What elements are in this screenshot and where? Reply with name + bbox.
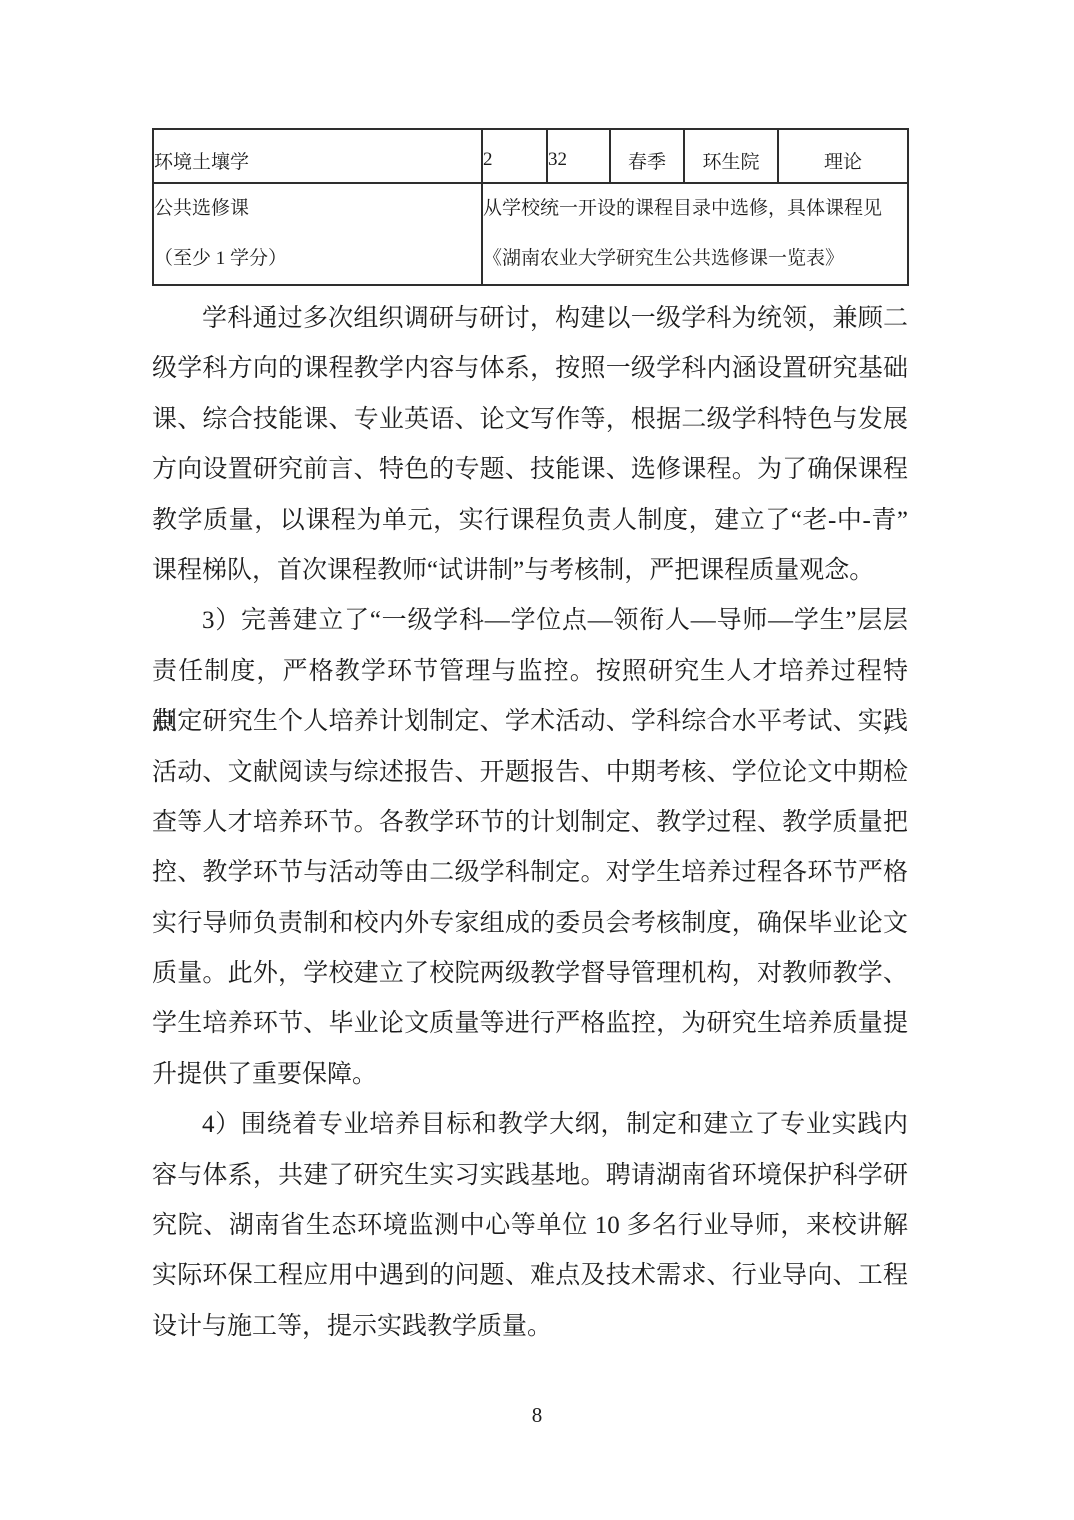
course-credits-cell: 2 bbox=[482, 129, 547, 183]
body-line: 级学科方向的课程教学内容与体系，按照一级学科内涵设置研究基础 bbox=[152, 344, 908, 394]
document-page: 环境土壤学 2 32 春季 环生院 理论 公共选修课 （至少 1 学分） 从学校… bbox=[0, 0, 1074, 1520]
table-row-elective: 公共选修课 （至少 1 学分） 从学校统一开设的课程目录中选修，具体课程见 《湖… bbox=[153, 183, 908, 285]
body-line: 制定研究生个人培养计划制定、学术活动、学科综合水平考试、实践 bbox=[152, 697, 908, 747]
body-line: 质量。此外，学校建立了校院两级教学督导管理机构，对教师教学、 bbox=[152, 949, 908, 999]
body-line: 3）完善建立了“一级学科—学位点—领衔人—导师—学生”层层 bbox=[152, 596, 908, 646]
elective-name-line: 公共选修课 bbox=[154, 184, 481, 234]
body-line: 课程梯队，首次课程教师“试讲制”与考核制，严把课程质量观念。 bbox=[152, 546, 908, 596]
elective-min-credit-line: （至少 1 学分） bbox=[154, 234, 481, 284]
body-line: 究院、湖南省生态环境监测中心等单位 10 多名行业导师，来校讲解 bbox=[152, 1201, 908, 1251]
body-line: 升提供了重要保障。 bbox=[152, 1050, 908, 1100]
body-line: 责任制度，严格教学环节管理与监控。按照研究生人才培养过程特点， bbox=[152, 647, 908, 697]
body-line: 控、教学环节与活动等由二级学科制定。对学生培养过程各环节严格 bbox=[152, 848, 908, 898]
body-line: 4）围绕着专业培养目标和教学大纲，制定和建立了专业实践内 bbox=[152, 1100, 908, 1150]
elective-note-line2: 《湖南农业大学研究生公共选修课一览表》 bbox=[483, 234, 907, 284]
body-line: 容与体系，共建了研究生实习实践基地。聘请湖南省环境保护科学研 bbox=[152, 1151, 908, 1201]
table-row-course: 环境土壤学 2 32 春季 环生院 理论 bbox=[153, 129, 908, 183]
body-line: 活动、文献阅读与综述报告、开题报告、中期考核、学位论文中期检 bbox=[152, 748, 908, 798]
page-number: 8 bbox=[0, 1402, 1074, 1428]
body-line: 教学质量，以课程为单元，实行课程负责人制度，建立了“老-中-青” bbox=[152, 496, 908, 546]
course-table: 环境土壤学 2 32 春季 环生院 理论 公共选修课 （至少 1 学分） 从学校… bbox=[152, 128, 909, 286]
course-semester-cell: 春季 bbox=[610, 129, 684, 183]
elective-note-line1: 从学校统一开设的课程目录中选修，具体课程见 bbox=[483, 184, 907, 234]
body-line: 实行导师负责制和校内外专家组成的委员会考核制度，确保毕业论文 bbox=[152, 899, 908, 949]
course-unit-cell: 环生院 bbox=[684, 129, 778, 183]
elective-note-cell: 从学校统一开设的课程目录中选修，具体课程见 《湖南农业大学研究生公共选修课一览表… bbox=[482, 183, 908, 285]
course-hours-cell: 32 bbox=[547, 129, 610, 183]
body-line: 课、综合技能课、专业英语、论文写作等，根据二级学科特色与发展 bbox=[152, 395, 908, 445]
body-text: 学科通过多次组织调研与研讨，构建以一级学科为统领，兼顾二 级学科方向的课程教学内… bbox=[152, 294, 908, 1352]
body-line: 查等人才培养环节。各教学环节的计划制定、教学过程、教学质量把 bbox=[152, 798, 908, 848]
body-line: 设计与施工等，提示实践教学质量。 bbox=[152, 1302, 908, 1352]
body-line: 实际环保工程应用中遇到的问题、难点及技术需求、行业导向、工程 bbox=[152, 1251, 908, 1301]
body-line: 学生培养环节、毕业论文质量等进行严格监控，为研究生培养质量提 bbox=[152, 999, 908, 1049]
course-name-cell: 环境土壤学 bbox=[153, 129, 482, 183]
elective-name-cell: 公共选修课 （至少 1 学分） bbox=[153, 183, 482, 285]
body-line: 方向设置研究前言、特色的专题、技能课、选修课程。为了确保课程 bbox=[152, 445, 908, 495]
course-type-cell: 理论 bbox=[778, 129, 908, 183]
body-line: 学科通过多次组织调研与研讨，构建以一级学科为统领，兼顾二 bbox=[152, 294, 908, 344]
